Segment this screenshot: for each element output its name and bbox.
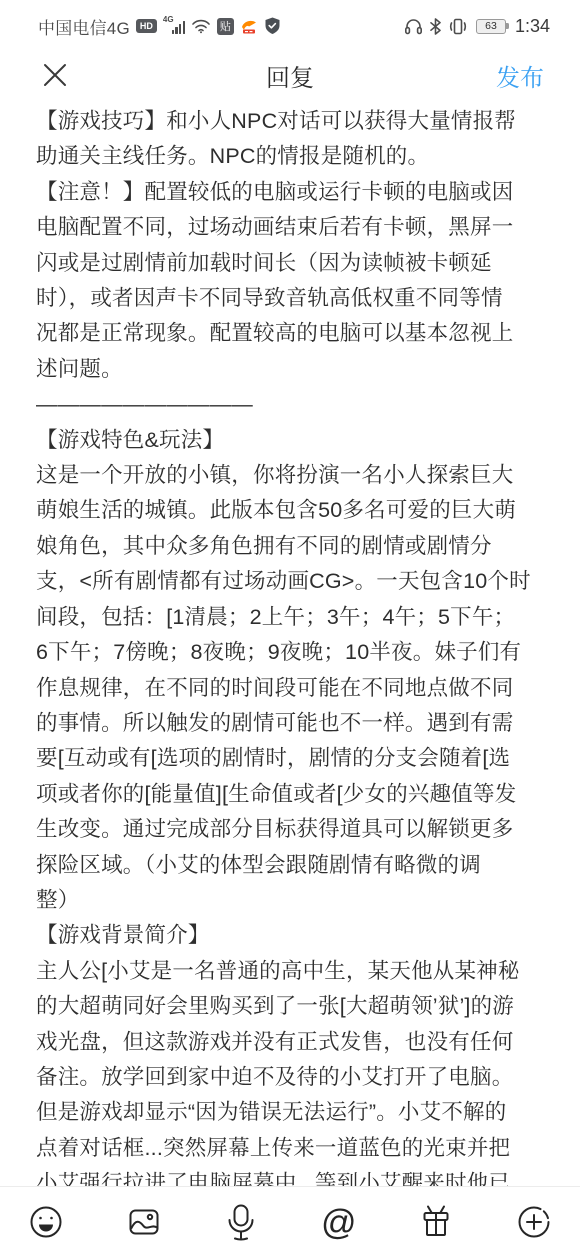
reply-editor-screen: 中国电信4G HD 4G 贴 (0, 0, 580, 1257)
status-time: 1:34 (515, 16, 550, 37)
text-line: 备注。放学回到家中迫不及待的小艾打开了电脑。 (36, 1060, 554, 1095)
text-line: 主人公[小艾是一名普通的高中生，某天他从某神秘 (36, 954, 554, 989)
carrier-label: 中国电信4G (38, 14, 130, 39)
gift-button[interactable] (414, 1200, 458, 1244)
text-line: 电脑配置不同，过场动画结束后若有卡顿，黑屏一 (36, 210, 554, 245)
text-line: 【游戏技巧】和小人NPC对话可以获得大量情报帮 (36, 104, 554, 139)
text-line: 【注意！】配置较低的电脑或运行卡顿的电脑或因 (36, 175, 554, 210)
text-line: 支，<所有剧情都有过场动画CG>。一天包含10个时 (36, 564, 554, 599)
publish-button[interactable]: 发布 (496, 58, 544, 93)
text-line: 的事情。所以触发的剧情可能也不一样。遇到有需 (36, 706, 554, 741)
mic-button[interactable] (219, 1200, 263, 1244)
mention-icon: @ (321, 1205, 357, 1240)
wifi-icon (191, 18, 211, 34)
text-line: 况都是正常现象。配置较高的电脑可以基本忽视上 (36, 316, 554, 351)
app-notification-icon (240, 17, 258, 35)
text-line: 萌娘生活的城镇。此版本包含50多名可爱的巨大萌 (36, 493, 554, 528)
mic-icon (225, 1203, 257, 1241)
text-line: 但是游戏却显示“因为错误无法运行”。小艾不解的 (36, 1095, 554, 1130)
text-line: 【游戏特色&玩法】 (36, 423, 554, 458)
plus-circle-icon (516, 1204, 552, 1240)
battery-percent: 63 (485, 20, 497, 32)
text-line: 要[互动或有[选项的剧情时，剧情的分支会随着[选 (36, 741, 554, 776)
close-icon (42, 62, 68, 88)
page-title: 回复 (266, 58, 314, 93)
close-button[interactable] (42, 62, 68, 88)
text-line: 间段，包括：[1清晨；2上午；3午；4午；5下午； (36, 600, 554, 635)
more-button[interactable] (512, 1200, 556, 1244)
text-line: 点着对话框...突然屏幕上传来一道蓝色的光束并把 (36, 1131, 554, 1166)
status-bar: 中国电信4G HD 4G 贴 (0, 0, 580, 44)
bluetooth-icon (429, 18, 442, 35)
app-bar: 回复 发布 (0, 44, 580, 106)
tieba-badge: 贴 (217, 18, 234, 35)
text-line: 探险区域。（小艾的体型会跟随剧情有略微的调 (36, 848, 554, 883)
text-line: —————————— (36, 387, 554, 422)
gift-icon (418, 1203, 454, 1241)
text-line: 述问题。 (36, 352, 554, 387)
emoji-button[interactable] (24, 1200, 68, 1244)
text-line: 生改变。通过完成部分目标获得道具可以解锁更多 (36, 812, 554, 847)
text-line: 的大超萌同好会里购买到了一张[大超萌领’狱’]的游 (36, 989, 554, 1024)
battery-icon: 63 (476, 19, 506, 34)
image-button[interactable] (122, 1200, 166, 1244)
image-icon (126, 1204, 162, 1240)
headset-icon (404, 18, 423, 35)
text-line: 这是一个开放的小镇，你将扮演一名小人探索巨大 (36, 458, 554, 493)
text-line: 时），或者因声卡不同导致音轨高低权重不同等情 (36, 281, 554, 316)
text-line: 【游戏背景简介】 (36, 918, 554, 953)
text-line: 项或者你的[能量值][生命值或者[少女的兴趣值等发 (36, 777, 554, 812)
text-line: 6下午；7傍晚；8夜晚；9夜晚；10半夜。妹子们有 (36, 635, 554, 670)
status-bar-left: 中国电信4G HD 4G 贴 (38, 14, 281, 39)
status-bar-right: 63 1:34 (404, 16, 550, 37)
reply-text-editor[interactable]: 【游戏技巧】和小人NPC对话可以获得大量情报帮助通关主线任务。NPC的情报是随机… (36, 104, 554, 1202)
hd-badge: HD (136, 19, 157, 33)
text-line: 助通关主线任务。NPC的情报是随机的。 (36, 139, 554, 174)
emoji-icon (28, 1204, 64, 1240)
text-line: 娘角色，其中众多角色拥有不同的剧情或剧情分 (36, 529, 554, 564)
shield-check-icon (264, 17, 281, 35)
vibrate-icon (448, 18, 468, 35)
text-line: 戏光盘，但这款游戏并没有正式发售，也没有任何 (36, 1025, 554, 1060)
signal-bars-icon: 4G (163, 17, 185, 35)
text-line: 闪或是过剧情前加载时间长（因为读帧被卡顿延 (36, 246, 554, 281)
text-line: 作息规律，在不同的时间段可能在不同地点做不同 (36, 671, 554, 706)
text-line: 整） (36, 883, 554, 918)
mention-button[interactable]: @ (317, 1200, 361, 1244)
editor-toolbar: @ (0, 1186, 580, 1257)
